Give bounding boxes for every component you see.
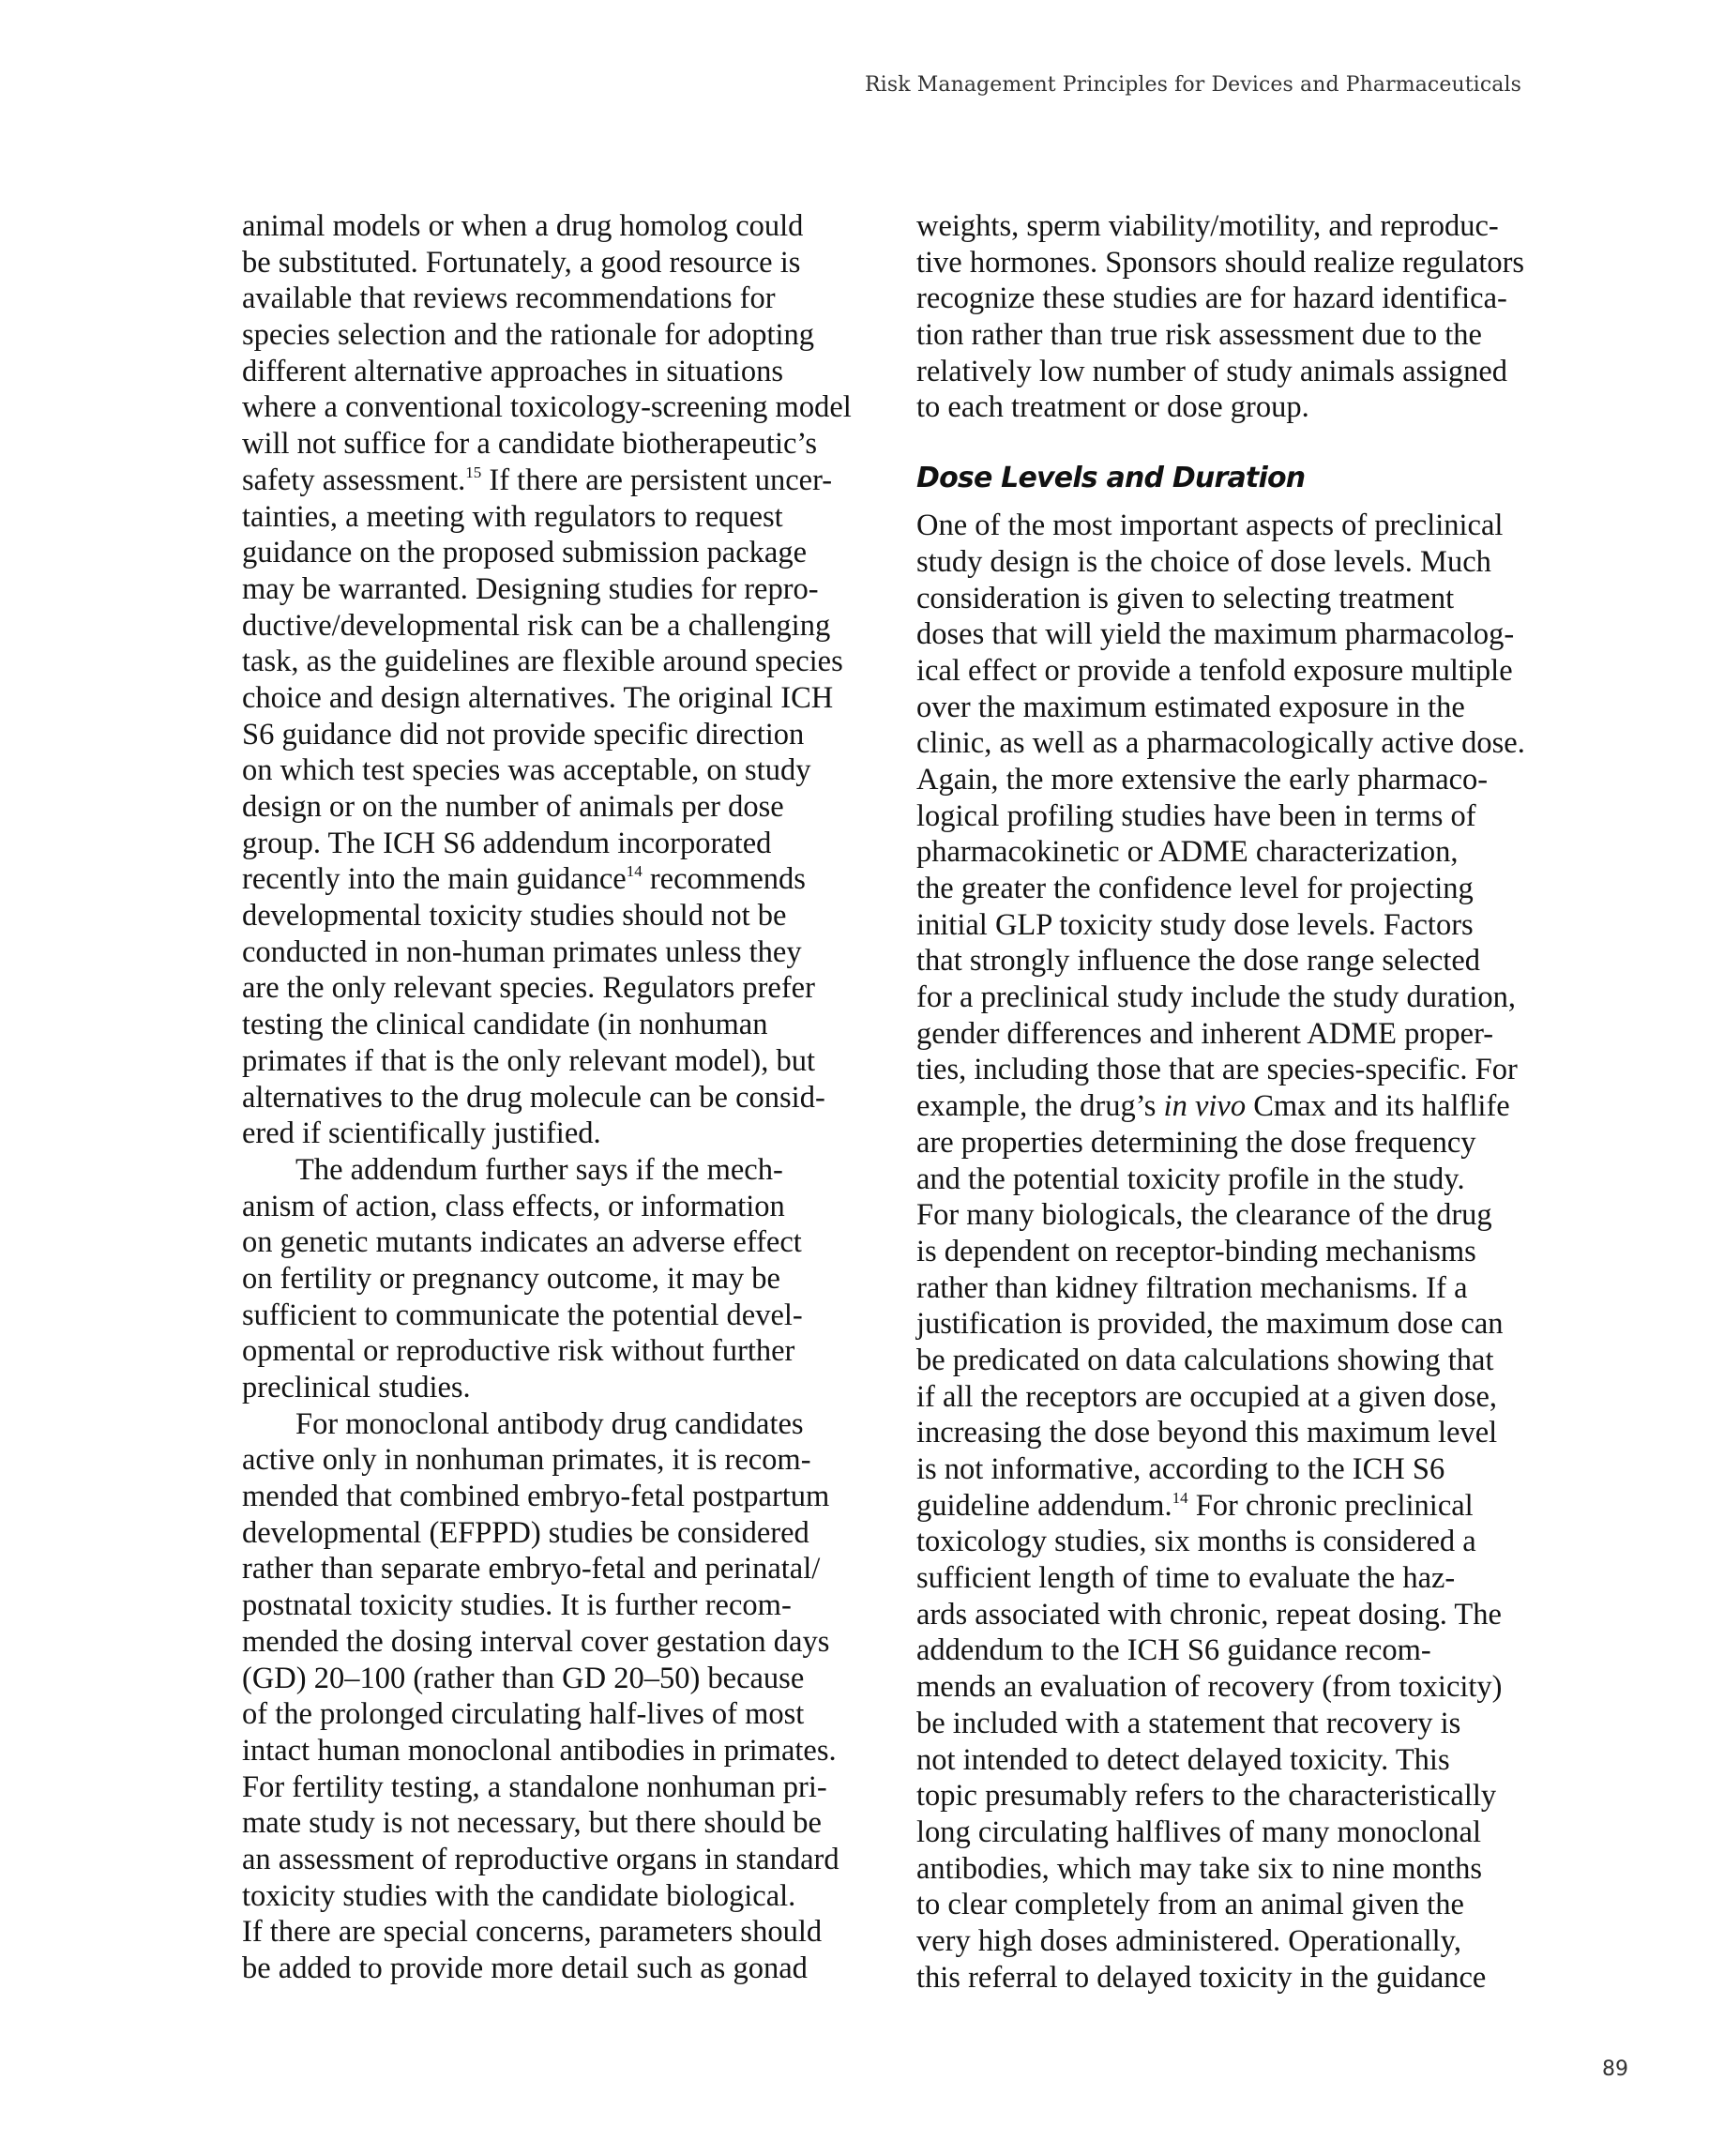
text-line: to each treatment or dose group.: [916, 389, 1535, 426]
text-line: that strongly influence the dose range s…: [916, 943, 1535, 979]
text-line: available that reviews recommendations f…: [242, 281, 861, 317]
text-line: are the only relevant species. Regulator…: [242, 970, 861, 1007]
footnote-ref: 14: [1172, 1489, 1188, 1507]
text-line: (GD) 20–100 (rather than GD 20–50) becau…: [242, 1661, 861, 1697]
text-line: recognize these studies are for hazard i…: [916, 281, 1535, 317]
text-line: conducted in non-human primates unless t…: [242, 934, 861, 971]
text-line: pharmacokinetic or ADME characterization…: [916, 834, 1535, 871]
text-line: group. The ICH S6 addendum incorporated: [242, 826, 861, 862]
text-line: doses that will yield the maximum pharma…: [916, 616, 1535, 653]
text-line: animal models or when a drug homolog cou…: [242, 208, 861, 245]
text-line: long circulating halflives of many monoc…: [916, 1814, 1535, 1851]
text-line: may be warranted. Designing studies for …: [242, 571, 861, 608]
text-line: mends an evaluation of recovery (from to…: [916, 1669, 1535, 1706]
text-line: rather than kidney filtration mechanisms…: [916, 1270, 1535, 1307]
text-line: choice and design alternatives. The orig…: [242, 680, 861, 717]
text-line: an assessment of reproductive organs in …: [242, 1842, 861, 1878]
section-heading: Dose Levels and Duration: [916, 461, 1535, 496]
text-line: be substituted. Fortunately, a good reso…: [242, 245, 861, 281]
italic-term: in vivo: [1164, 1089, 1247, 1123]
text-line: example, the drug’s in vivo Cmax and its…: [916, 1088, 1535, 1125]
text-line: over the maximum estimated exposure in t…: [916, 690, 1535, 726]
text-line: are properties determining the dose freq…: [916, 1125, 1535, 1162]
text-line: weights, sperm viability/motility, and r…: [916, 208, 1535, 245]
text-line: very high doses administered. Operationa…: [916, 1923, 1535, 1960]
text-line: addendum to the ICH S6 guidance recom-: [916, 1632, 1535, 1669]
text-line: recently into the main guidance14 recomm…: [242, 861, 861, 898]
text-line: topic presumably refers to the character…: [916, 1778, 1535, 1814]
text-line: antibodies, which may take six to nine m…: [916, 1851, 1535, 1888]
text-line: sufficient to communicate the potential …: [242, 1298, 861, 1334]
text-line: ered if scientifically justified.: [242, 1116, 861, 1152]
text-line: is not informative, according to the ICH…: [916, 1451, 1535, 1488]
footnote-ref: 15: [465, 463, 481, 481]
text-line: For many biologicals, the clearance of t…: [916, 1197, 1535, 1234]
left-text-column: animal models or when a drug homolog cou…: [242, 208, 861, 1987]
text-line: justification is provided, the maximum d…: [916, 1306, 1535, 1343]
text-line: active only in nonhuman primates, it is …: [242, 1442, 861, 1479]
text-line: testing the clinical candidate (in nonhu…: [242, 1007, 861, 1043]
text-line: guideline addendum.14 For chronic precli…: [916, 1488, 1535, 1525]
text-line: tion rather than true risk assessment du…: [916, 317, 1535, 354]
text-line: primates if that is the only relevant mo…: [242, 1043, 861, 1080]
text-line: be included with a statement that recove…: [916, 1706, 1535, 1742]
text-line: Again, the more extensive the early phar…: [916, 762, 1535, 798]
paragraph-first-line: For monoclonal antibody drug candidates: [242, 1406, 861, 1443]
text-line: not intended to detect delayed toxicity.…: [916, 1742, 1535, 1779]
text-line: is dependent on receptor-binding mechani…: [916, 1234, 1535, 1270]
text-line: rather than separate embryo-fetal and pe…: [242, 1551, 861, 1587]
text-line: task, as the guidelines are flexible aro…: [242, 644, 861, 680]
text-line: S6 guidance did not provide specific dir…: [242, 717, 861, 753]
text-line: species selection and the rationale for …: [242, 317, 861, 354]
text-line: if all the receptors are occupied at a g…: [916, 1379, 1535, 1416]
text-line: ductive/developmental risk can be a chal…: [242, 608, 861, 645]
text-line: mended that combined embryo-fetal postpa…: [242, 1479, 861, 1515]
text-line: on which test species was acceptable, on…: [242, 752, 861, 789]
text-line: logical profiling studies have been in t…: [916, 798, 1535, 835]
text-line: tainties, a meeting with regulators to r…: [242, 499, 861, 536]
text-line: If there are special concerns, parameter…: [242, 1914, 861, 1951]
text-line: relatively low number of study animals a…: [916, 354, 1535, 390]
text-line: clinic, as well as a pharmacologically a…: [916, 725, 1535, 762]
text-line: safety assessment.15 If there are persis…: [242, 463, 861, 499]
right-text-column: weights, sperm viability/motility, and r…: [916, 208, 1535, 1996]
text-line: design or on the number of animals per d…: [242, 789, 861, 826]
footnote-ref: 14: [627, 862, 643, 880]
text-line: be added to provide more detail such as …: [242, 1951, 861, 1987]
page-number: 89: [1602, 2057, 1628, 2081]
text-line: different alternative approaches in situ…: [242, 354, 861, 390]
text-line: ties, including those that are species-s…: [916, 1052, 1535, 1088]
text-line: gender differences and inherent ADME pro…: [916, 1016, 1535, 1053]
text-line: and the potential toxicity profile in th…: [916, 1162, 1535, 1198]
text-line: to clear completely from an animal given…: [916, 1887, 1535, 1923]
paragraph-first-line: The addendum further says if the mech-: [242, 1152, 861, 1189]
text-line: for a preclinical study include the stud…: [916, 979, 1535, 1016]
text-line: increasing the dose beyond this maximum …: [916, 1415, 1535, 1451]
text-line: For fertility testing, a standalone nonh…: [242, 1769, 861, 1806]
text-line: study design is the choice of dose level…: [916, 544, 1535, 581]
text-line: anism of action, class effects, or infor…: [242, 1189, 861, 1225]
text-line: of the prolonged circulating half-lives …: [242, 1696, 861, 1733]
text-line: preclinical studies.: [242, 1370, 861, 1406]
text-line: will not suffice for a candidate biother…: [242, 426, 861, 463]
text-line: ical effect or provide a tenfold exposur…: [916, 653, 1535, 690]
text-line: One of the most important aspects of pre…: [916, 508, 1535, 544]
text-line: where a conventional toxicology-screenin…: [242, 389, 861, 426]
text-line: toxicity studies with the candidate biol…: [242, 1878, 861, 1915]
text-line: consideration is given to selecting trea…: [916, 581, 1535, 617]
text-line: intact human monoclonal antibodies in pr…: [242, 1733, 861, 1769]
text-line: initial GLP toxicity study dose levels. …: [916, 907, 1535, 944]
text-line: on fertility or pregnancy outcome, it ma…: [242, 1261, 861, 1298]
text-line: opmental or reproductive risk without fu…: [242, 1333, 861, 1370]
text-line: postnatal toxicity studies. It is furthe…: [242, 1587, 861, 1624]
text-line: this referral to delayed toxicity in the…: [916, 1960, 1535, 1997]
text-line: developmental (EFPPD) studies be conside…: [242, 1515, 861, 1552]
text-line: guidance on the proposed submission pack…: [242, 535, 861, 571]
running-header-title: Risk Management Principles for Devices a…: [865, 73, 1521, 97]
text-line: mended the dosing interval cover gestati…: [242, 1624, 861, 1661]
text-line: toxicology studies, six months is consid…: [916, 1524, 1535, 1560]
text-line: mate study is not necessary, but there s…: [242, 1805, 861, 1842]
text-line: be predicated on data calculations showi…: [916, 1343, 1535, 1379]
text-line: sufficient length of time to evaluate th…: [916, 1560, 1535, 1597]
text-line: alternatives to the drug molecule can be…: [242, 1080, 861, 1116]
text-line: the greater the confidence level for pro…: [916, 871, 1535, 907]
text-line: tive hormones. Sponsors should realize r…: [916, 245, 1535, 281]
text-line: developmental toxicity studies should no…: [242, 898, 861, 934]
text-line: ards associated with chronic, repeat dos…: [916, 1597, 1535, 1633]
text-line: on genetic mutants indicates an adverse …: [242, 1224, 861, 1261]
